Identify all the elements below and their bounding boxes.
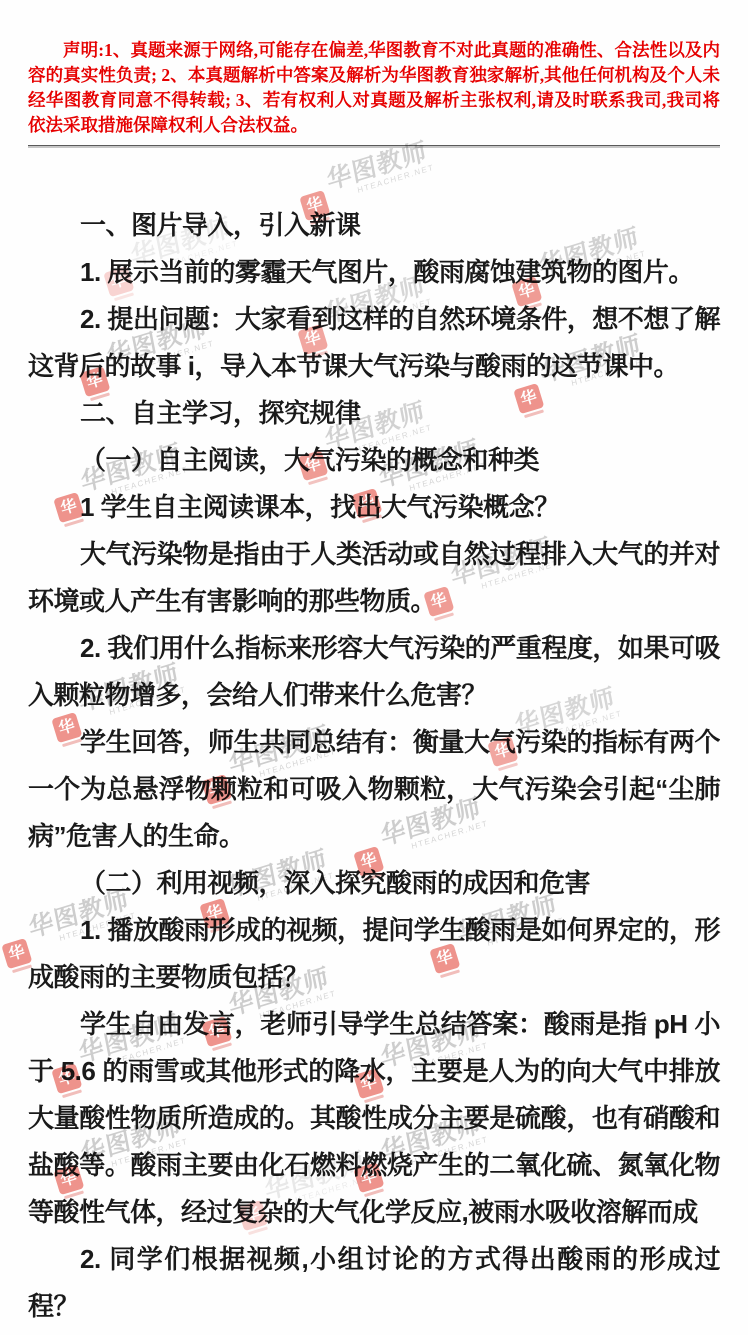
body-paragraph: 大气污染物是指由于人类活动或自然过程排入大气的并对环境或人产生有害影响的那些物质… bbox=[28, 531, 720, 625]
body-paragraph: 1. 展示当前的雾霾天气图片，酸雨腐蚀建筑物的图片。 bbox=[28, 249, 720, 296]
body-paragraph: 学生回答，师生共同总结有：衡量大气污染的指标有两个一个为总悬浮物颗粒和可吸入物颗… bbox=[28, 719, 720, 860]
body-paragraph: 1 学生自主阅读课本，找出大气污染概念？ bbox=[28, 484, 720, 531]
page-content: 声明:1、真题来源于网络,可能存在偏差,华图教育不对此真题的准确性、合法性以及内… bbox=[28, 38, 720, 1330]
body-paragraph: 2. 同学们根据视频,小组讨论的方式得出酸雨的形成过程？ bbox=[28, 1236, 720, 1330]
body-paragraph: 1. 播放酸雨形成的视频，提问学生酸雨是如何界定的，形成酸雨的主要物质包括？ bbox=[28, 907, 720, 1001]
disclaimer-label: 声明: bbox=[63, 40, 104, 60]
document-body: 一、图片导入，引入新课1. 展示当前的雾霾天气图片，酸雨腐蚀建筑物的图片。2. … bbox=[28, 202, 720, 1330]
body-paragraph: 2. 提出问题：大家看到这样的自然环境条件，想不想了解这背后的故事 i，导入本节… bbox=[28, 296, 720, 390]
body-paragraph: 二、自主学习，探究规律 bbox=[28, 390, 720, 437]
disclaimer-paragraph: 声明:1、真题来源于网络,可能存在偏差,华图教育不对此真题的准确性、合法性以及内… bbox=[28, 38, 720, 138]
body-paragraph: 一、图片导入，引入新课 bbox=[28, 202, 720, 249]
body-paragraph: 学生自由发言，老师引导学生总结答案：酸雨是指 pH 小于 5.6 的雨雪或其他形… bbox=[28, 1001, 720, 1236]
document-page: 声明:1、真题来源于网络,可能存在偏差,华图教育不对此真题的准确性、合法性以及内… bbox=[0, 0, 748, 1335]
body-paragraph: 2. 我们用什么指标来形容大气污染的严重程度，如果可吸入颗粒物增多，会给人们带来… bbox=[28, 625, 720, 719]
disclaimer-text: 1、真题来源于网络,可能存在偏差,华图教育不对此真题的准确性、合法性以及内容的真… bbox=[28, 40, 720, 135]
divider-line bbox=[28, 144, 720, 148]
body-paragraph: （一）自主阅读，大气污染的概念和种类 bbox=[28, 437, 720, 484]
body-paragraph: （二）利用视频，深入探究酸雨的成因和危害 bbox=[28, 860, 720, 907]
